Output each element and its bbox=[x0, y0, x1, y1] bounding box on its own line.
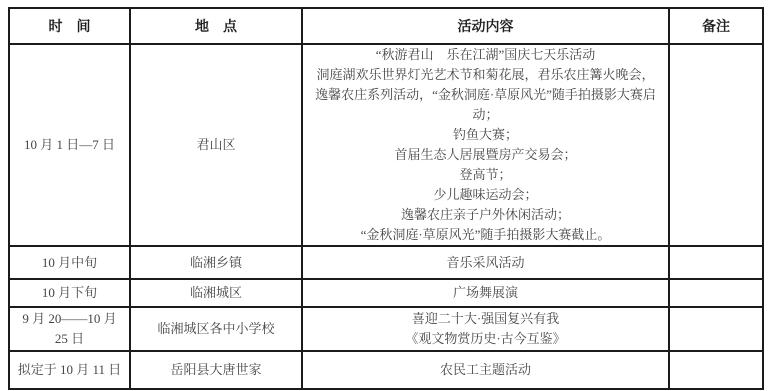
note-cell bbox=[669, 44, 763, 246]
column-header-note: 备注 bbox=[669, 8, 763, 44]
location-cell: 临湘城区 bbox=[130, 279, 302, 307]
activity-line: 逸馨农庄亲子户外休闲活动； bbox=[313, 205, 658, 225]
activity-line: 《观文物赏历史·古今互鉴》 bbox=[313, 329, 658, 349]
header-row: 时 间 地 点 活动内容 备注 bbox=[9, 8, 763, 44]
activity-line: 登高节； bbox=[313, 165, 658, 185]
note-cell bbox=[669, 246, 763, 279]
note-cell bbox=[669, 307, 763, 351]
table-row: 拟定于 10 月 11 日 岳阳县大唐世家 农民工主题活动 bbox=[9, 351, 763, 389]
activity-line: “秋游君山 乐在江湖”国庆七天乐活动 bbox=[313, 45, 658, 65]
table-body: 10 月 1 日—7 日 君山区 “秋游君山 乐在江湖”国庆七天乐活动 洞庭湖欢… bbox=[9, 44, 763, 389]
location-cell: 君山区 bbox=[130, 44, 302, 246]
table-header: 时 间 地 点 活动内容 备注 bbox=[9, 8, 763, 44]
activity-line: 钓鱼大赛； bbox=[313, 125, 658, 145]
activity-line: 农民工主题活动 bbox=[313, 360, 658, 380]
time-cell: 9 月 20——10 月 25 日 bbox=[9, 307, 130, 351]
activity-line: 喜迎二十大·强国复兴有我 bbox=[313, 309, 658, 329]
activities-cell: 农民工主题活动 bbox=[302, 351, 669, 389]
time-cell: 拟定于 10 月 11 日 bbox=[9, 351, 130, 389]
activities-cell: 广场舞展演 bbox=[302, 279, 669, 307]
activities-cell: 喜迎二十大·强国复兴有我 《观文物赏历史·古今互鉴》 bbox=[302, 307, 669, 351]
column-header-activities: 活动内容 bbox=[302, 8, 669, 44]
time-cell: 10 月 1 日—7 日 bbox=[9, 44, 130, 246]
activity-line: 广场舞展演 bbox=[313, 283, 658, 303]
activity-line: 洞庭湖欢乐世界灯光艺术节和菊花展，君乐农庄篝火晚会，逸馨农庄系列活动，“金秋洞庭… bbox=[313, 65, 658, 125]
activity-line: “金秋洞庭·草原风光”随手拍摄影大赛截止。 bbox=[313, 225, 658, 245]
table-row: 10 月中旬 临湘乡镇 音乐采风活动 bbox=[9, 246, 763, 279]
activity-line: 首届生态人居展暨房产交易会； bbox=[313, 145, 658, 165]
activity-schedule-table: 时 间 地 点 活动内容 备注 10 月 1 日—7 日 君山区 “秋游君山 乐… bbox=[8, 7, 764, 390]
note-cell bbox=[669, 351, 763, 389]
time-cell: 10 月下旬 bbox=[9, 279, 130, 307]
table-row: 10 月 1 日—7 日 君山区 “秋游君山 乐在江湖”国庆七天乐活动 洞庭湖欢… bbox=[9, 44, 763, 246]
time-cell: 10 月中旬 bbox=[9, 246, 130, 279]
activities-cell: 音乐采风活动 bbox=[302, 246, 669, 279]
column-header-location: 地 点 bbox=[130, 8, 302, 44]
table-row: 9 月 20——10 月 25 日 临湘城区各中小学校 喜迎二十大·强国复兴有我… bbox=[9, 307, 763, 351]
activity-line: 少儿趣味运动会； bbox=[313, 185, 658, 205]
activities-cell: “秋游君山 乐在江湖”国庆七天乐活动 洞庭湖欢乐世界灯光艺术节和菊花展，君乐农庄… bbox=[302, 44, 669, 246]
location-cell: 临湘乡镇 bbox=[130, 246, 302, 279]
column-header-time: 时 间 bbox=[9, 8, 130, 44]
location-cell: 临湘城区各中小学校 bbox=[130, 307, 302, 351]
table-row: 10 月下旬 临湘城区 广场舞展演 bbox=[9, 279, 763, 307]
note-cell bbox=[669, 279, 763, 307]
location-cell: 岳阳县大唐世家 bbox=[130, 351, 302, 389]
activity-line: 音乐采风活动 bbox=[313, 253, 658, 273]
